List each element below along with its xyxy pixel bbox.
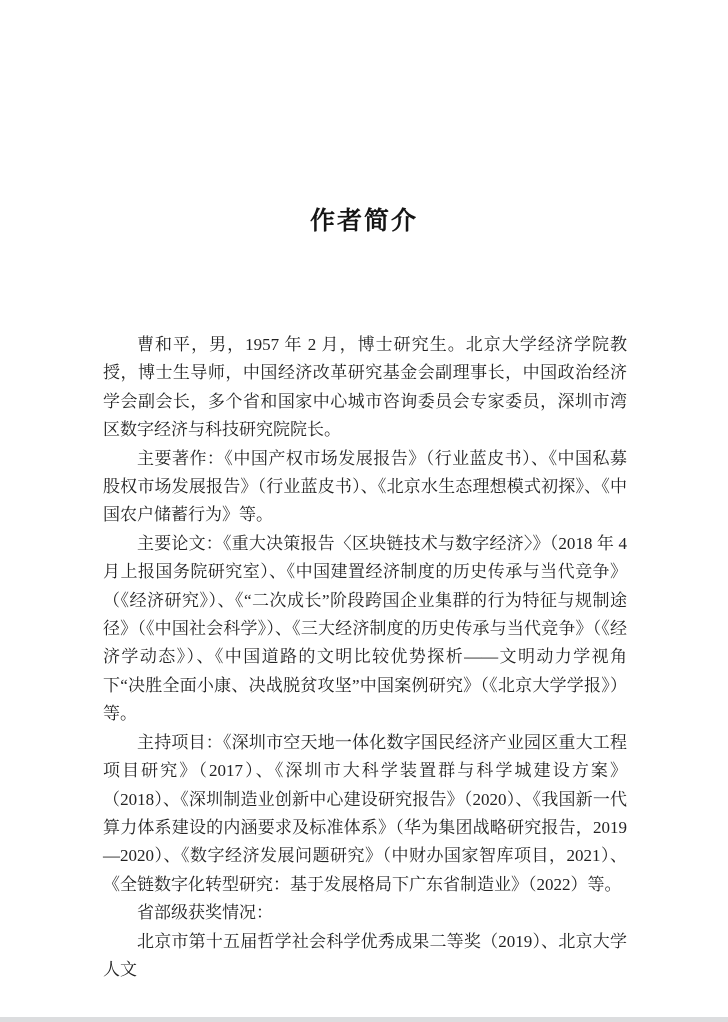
page-title: 作者简介 — [0, 201, 728, 237]
book-page: 作者简介 曹和平，男，1957 年 2 月，博士研究生。北京大学经济学院教授，博… — [0, 0, 728, 1022]
paragraph-major-papers: 主要论文：《重大决策报告〈区块链技术与数字经济〉》（2018 年 4 月上报国务… — [103, 530, 627, 729]
page-bottom-edge — [0, 1017, 728, 1022]
paragraph-awards-list: 北京市第十五届哲学社会科学优秀成果二等奖（2019）、北京大学人文 — [103, 928, 627, 985]
paragraph-hosted-projects: 主持项目：《深圳市空天地一体化数字国民经济产业园区重大工程项目研究》（2017）… — [103, 729, 627, 899]
paragraph-author-intro: 曹和平，男，1957 年 2 月，博士研究生。北京大学经济学院教授，博士生导师，… — [103, 331, 627, 445]
paragraph-awards-heading: 省部级获奖情况： — [103, 899, 627, 927]
author-bio-text: 曹和平，男，1957 年 2 月，博士研究生。北京大学经济学院教授，博士生导师，… — [103, 331, 627, 984]
paragraph-major-works: 主要著作：《中国产权市场发展报告》（行业蓝皮书）、《中国私募股权市场发展报告》（… — [103, 445, 627, 530]
